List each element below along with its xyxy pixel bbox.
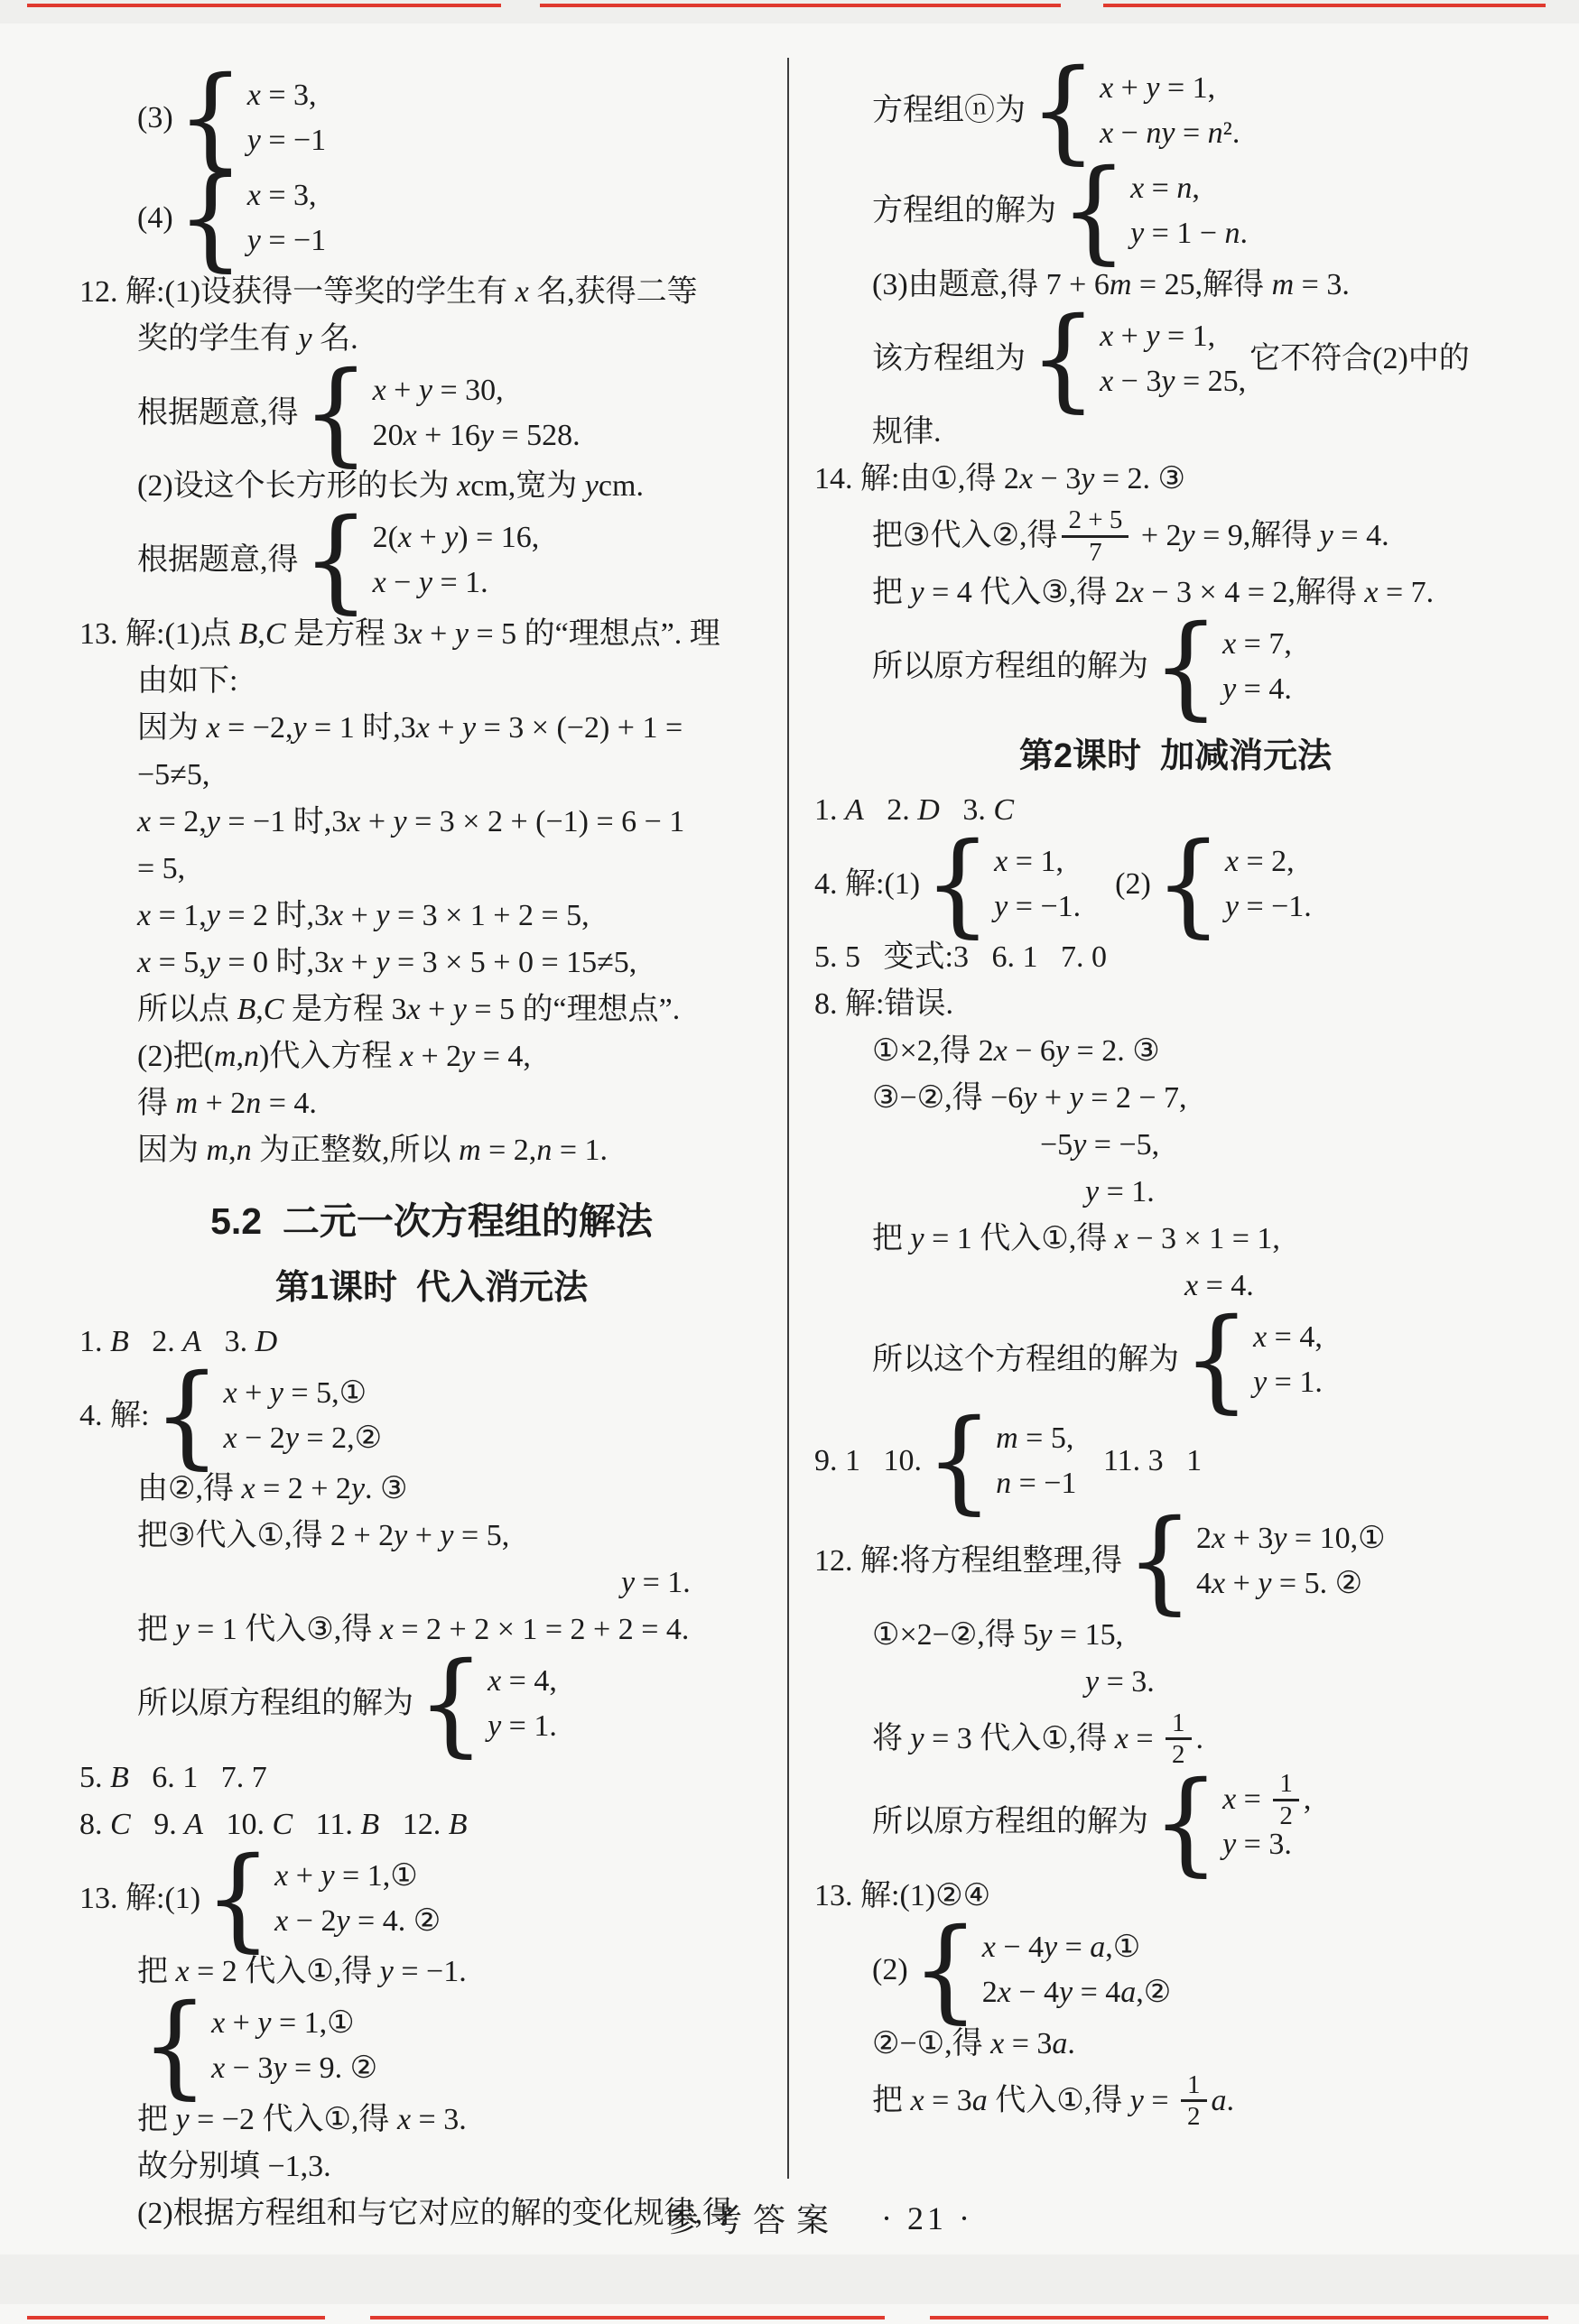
math-var: y <box>1253 1362 1267 1403</box>
equation-system: {x = 1,y = −1. <box>924 838 1081 930</box>
equation-row: y = 1. <box>488 1704 557 1749</box>
math-var: C <box>993 790 1014 831</box>
math-var: n <box>1176 168 1192 209</box>
page-footer: 参考答案 · 21 · <box>666 2195 973 2241</box>
equation-row: x + y = 1,① <box>274 1854 441 1899</box>
answer-line: 所以原方程组的解为{x = 4,y = 1. <box>137 1656 784 1751</box>
equation-system: {x − 4y = a,①2x − 4y = 4a,② <box>912 1924 1172 2015</box>
equation-system: {x + y = 1,①x − 3y = 9. ② <box>141 2000 377 2091</box>
math-var: x <box>137 942 151 984</box>
equation-rows: x = 3,y = −1 <box>247 73 326 163</box>
math-var: y <box>1073 1125 1086 1166</box>
answer-line: 所以这个方程组的解为{x = 4,y = 1. <box>872 1312 1537 1407</box>
math-var: y <box>380 1951 394 1993</box>
equation-system: {x = 7,y = 4. <box>1152 621 1292 712</box>
answer-line: 所以点 B,C 是方程 3x + y = 5 的“理想点”. <box>137 989 784 1031</box>
math-var: x <box>1212 1518 1225 1560</box>
math-var: y <box>376 895 389 937</box>
math-var: x <box>990 2023 1004 2065</box>
math-var: x <box>1364 572 1378 614</box>
brace-glyph: { <box>153 1367 220 1464</box>
math-var: x <box>207 708 220 749</box>
math-var: n <box>244 1036 259 1078</box>
brace-glyph: { <box>417 1656 485 1753</box>
brace-glyph: { <box>1029 310 1097 407</box>
math-var: y <box>461 1036 475 1078</box>
equation-system: {x + y = 1,①x − 2y = 4. ② <box>204 1853 441 1944</box>
fraction: 12 <box>1181 2070 1207 2132</box>
answer-line: y = 1. <box>1085 1171 1537 1213</box>
math-var: y <box>462 708 476 749</box>
math-var: x <box>373 370 386 412</box>
math-var: y <box>285 1418 299 1459</box>
equation-row: y = −1 <box>247 218 326 264</box>
math-var: B <box>237 989 256 1031</box>
equation-row: x = 4, <box>1253 1315 1323 1360</box>
math-var: C <box>272 1804 293 1846</box>
equation-rows: x = n,y = 1 − n. <box>1130 166 1248 256</box>
page-number: · 21 · <box>881 2199 973 2237</box>
equation-row: x + y = 5,① <box>224 1371 383 1416</box>
equation-row: x = 3, <box>247 73 326 118</box>
math-var: y <box>994 886 1008 928</box>
math-var: y <box>911 572 924 614</box>
equation-system: {x + y = 30,20x + 16y = 528. <box>302 367 581 458</box>
answer-line: 9. 1 10.{m = 5,n = −1 11. 3 1 <box>814 1413 1537 1508</box>
equation-row: x = n, <box>1130 166 1248 211</box>
equation-system: {2(x + y) = 16,x − y = 1. <box>302 514 540 606</box>
math-var: a <box>972 2080 988 2122</box>
math-var: y <box>1023 1078 1036 1119</box>
equation-row: 2(x + y) = 16, <box>373 515 540 560</box>
math-var: x <box>1100 316 1113 357</box>
math-var: y <box>394 801 407 843</box>
equation-system: {x + y = 5,①x − 2y = 2,② <box>153 1370 382 1461</box>
equation-row: x = 1, <box>994 839 1081 884</box>
answer-line: 14. 解:由①,得 2x − 3y = 2. ③ <box>814 458 1537 500</box>
brace-glyph: { <box>1155 836 1222 932</box>
equation-row: y = −1 <box>247 118 326 163</box>
math-var: y <box>1070 1078 1083 1119</box>
fraction-numerator: 2 + 5 <box>1062 505 1129 537</box>
brace-glyph: { <box>177 171 245 267</box>
math-var: B <box>360 1804 379 1846</box>
answer-line: 因为 m,n 为正整数,所以 m = 2,n = 1. <box>137 1130 784 1171</box>
math-var: m <box>214 1036 237 1078</box>
answer-line: 13. 解:(1)点 B,C 是方程 3x + y = 5 的“理想点”. 理 <box>79 614 784 655</box>
answer-line: 故分别填 −1,3. <box>137 2146 784 2188</box>
equation-row: x = 7, <box>1222 622 1292 667</box>
equation-row: y = −1. <box>994 884 1081 930</box>
equation-row: x − 3y = 25, <box>1100 359 1246 404</box>
math-var: x <box>224 1373 237 1414</box>
answer-line: x = 1,y = 2 时,3x + y = 3 × 1 + 2 = 5, <box>137 895 784 937</box>
math-var: m <box>996 1418 1018 1459</box>
math-var: B <box>110 1757 129 1799</box>
math-var: x <box>330 942 343 984</box>
equation-system: {x + y = 1,x − 3y = 25, <box>1029 313 1246 404</box>
math-var: x <box>416 708 430 749</box>
math-var: x <box>397 2099 411 2141</box>
math-var: x <box>404 415 417 457</box>
math-var: x <box>241 1468 255 1510</box>
math-var: x <box>1222 1779 1236 1820</box>
equation-system: {2x + 3y = 10,①4x + y = 5. ② <box>1126 1515 1386 1606</box>
fraction: 12 <box>1273 1769 1299 1830</box>
math-var: n <box>1225 213 1240 255</box>
math-var: x <box>1225 841 1239 883</box>
math-var: y <box>1085 1171 1099 1213</box>
math-var: y <box>1146 68 1159 109</box>
math-var: a <box>1052 2023 1067 2065</box>
equation-row: x − 2y = 2,② <box>224 1416 383 1461</box>
math-var: D <box>255 1321 278 1363</box>
math-var: x <box>211 2048 225 2089</box>
math-var: m <box>176 1083 199 1125</box>
math-var: x <box>994 841 1008 883</box>
math-var: y <box>394 1515 407 1557</box>
math-var: y <box>257 2003 271 2044</box>
equation-row: x + y = 30, <box>373 368 581 413</box>
math-var: y <box>1222 669 1236 710</box>
math-var: y <box>911 1218 924 1260</box>
answer-line: = 5, <box>137 848 784 890</box>
answer-line: 4. 解:(1){x = 1,y = −1. (2){x = 2,y = −1. <box>814 837 1537 931</box>
section-heading: 第1课时 代入消元法 <box>79 1259 784 1309</box>
answer-line: 所以原方程组的解为{x = 12,y = 3. <box>872 1775 1537 1870</box>
equation-row: x = 12, <box>1222 1777 1311 1822</box>
answer-line: (3)由题意,得 7 + 6m = 25,解得 m = 3. <box>872 264 1537 306</box>
answer-line: 由②,得 x = 2 + 2y. ③ <box>137 1468 784 1510</box>
answer-line: 8. 解:错误. <box>814 984 1537 1025</box>
answer-line: 根据题意,得{x + y = 30,20x + 16y = 528. <box>137 366 784 460</box>
math-var: n <box>536 1130 552 1171</box>
math-var: m <box>459 1130 481 1171</box>
brace-glyph: { <box>204 1850 272 1947</box>
math-var: y <box>1085 1662 1099 1703</box>
red-trim-segment <box>370 2316 885 2319</box>
equation-rows: m = 5,n = −1 <box>996 1415 1076 1505</box>
math-var: y <box>320 1856 334 1897</box>
equation-row: 2x − 4y = 4a,② <box>982 1970 1172 2015</box>
math-var: y <box>911 1718 924 1760</box>
red-trim-segment <box>540 4 1061 7</box>
answer-line: 奖的学生有 y 名. <box>137 319 784 360</box>
answer-line: 根据题意,得{2(x + y) = 16,x − y = 1. <box>137 513 784 607</box>
answer-line: 方程组的解为{x = n,y = 1 − n. <box>872 163 1537 258</box>
equation-row: x − y = 1. <box>373 560 540 606</box>
math-var: B <box>110 1321 129 1363</box>
equation-row: 4x + y = 5. ② <box>1196 1561 1386 1606</box>
math-var: C <box>264 989 284 1031</box>
red-trim-segment <box>27 4 501 7</box>
scan-edge-band-bottom <box>0 2255 1579 2304</box>
equation-row: x + y = 1,① <box>211 2001 377 2046</box>
fraction-denominator: 7 <box>1082 538 1109 567</box>
math-var: y <box>585 466 599 507</box>
math-var: y <box>207 942 220 984</box>
equation-rows: x + y = 5,①x − 2y = 2,② <box>224 1371 383 1461</box>
brace-glyph: { <box>912 1922 980 2019</box>
answer-line: 4. 解:{x + y = 5,①x − 2y = 2,② <box>79 1368 784 1463</box>
answer-line: x = 2,y = −1 时,3x + y = 3 × 2 + (−1) = 6… <box>137 801 784 843</box>
math-var: y <box>270 1373 283 1414</box>
math-var: x <box>409 614 423 655</box>
answer-line: 得 m + 2n = 4. <box>137 1083 784 1125</box>
math-var: y <box>488 1706 501 1747</box>
answer-line: 所以原方程组的解为{x = 7,y = 4. <box>872 619 1537 714</box>
math-var: y <box>1258 1563 1271 1605</box>
math-var: y <box>1130 2080 1144 2122</box>
math-var: x <box>1253 1317 1267 1358</box>
equation-rows: x + y = 1,①x − 3y = 9. ② <box>211 2001 377 2091</box>
answer-line: 由如下: <box>137 661 784 702</box>
math-var: x <box>1130 168 1144 209</box>
math-var: y <box>1038 1615 1052 1656</box>
equation-rows: x = 7,y = 4. <box>1222 622 1292 712</box>
equation-rows: x = 3,y = −1 <box>247 173 326 264</box>
math-var: y <box>1222 1824 1236 1866</box>
equation-system: {x = n,y = 1 − n. <box>1060 165 1248 256</box>
math-var: y <box>1273 1518 1286 1560</box>
math-var: m <box>1272 264 1295 306</box>
math-var: y <box>1146 316 1159 357</box>
answer-line: (2)设这个长方形的长为 x cm,宽为 y cm. <box>137 466 784 507</box>
answer-line: 该方程组为{x + y = 1,x − 3y = 25,它不符合(2)中的 <box>872 311 1537 406</box>
equation-rows: x = 12,y = 3. <box>1222 1777 1311 1867</box>
equation-rows: x = 4,y = 1. <box>488 1659 557 1749</box>
math-var: y <box>455 614 469 655</box>
math-var: y <box>440 1515 453 1557</box>
math-var: y <box>293 708 306 749</box>
answer-line: y = 1. <box>621 1562 784 1604</box>
equation-rows: x = 2,y = −1. <box>1225 839 1312 930</box>
answer-line: 13. 解:(1){x + y = 1,①x − 2y = 4. ② <box>79 1851 784 1946</box>
math-var: y <box>351 1468 365 1510</box>
math-var: y <box>336 1901 349 1942</box>
brace-glyph: { <box>1126 1514 1194 1610</box>
red-trim-segment <box>930 2316 1548 2319</box>
section-heading: 第2课时 加减消元法 <box>814 727 1537 777</box>
math-var: x <box>1212 1563 1225 1605</box>
math-var: n <box>1208 113 1223 154</box>
answer-line: (4){x = 3,y = −1 <box>137 171 784 265</box>
red-trim-segment <box>1103 4 1546 7</box>
answer-line: 把 y = −2 代入①,得 x = 3. <box>137 2099 784 2141</box>
math-var: x <box>994 1031 1008 1072</box>
math-var: x <box>1115 1718 1129 1760</box>
math-var: x <box>400 1036 413 1078</box>
equation-rows: x + y = 1,①x − 2y = 4. ② <box>274 1854 441 1944</box>
answer-line: ①×2,得 2x − 6y = 2. ③ <box>872 1031 1537 1072</box>
math-var: a <box>1212 2080 1227 2122</box>
brace-glyph: { <box>302 365 370 461</box>
fraction-denominator: 2 <box>1181 2102 1207 2131</box>
equation-row: x = 3, <box>247 173 326 218</box>
math-var: x <box>347 801 360 843</box>
brace-glyph: { <box>924 836 991 932</box>
math-var: y <box>1130 213 1144 255</box>
equation-row: y = 4. <box>1222 667 1292 712</box>
math-var: a <box>1090 1927 1105 1968</box>
math-var: x <box>1100 361 1113 403</box>
answer-line: 把 y = 1 代入①,得 x − 3 × 1 = 1, <box>872 1218 1537 1260</box>
math-var: x <box>911 2080 924 2122</box>
answer-line: (2)把(m,n)代入方程 x + 2y = 4, <box>137 1036 784 1078</box>
equation-system: {x = 4,y = 1. <box>417 1658 557 1749</box>
math-var: x <box>982 1927 996 1968</box>
brace-glyph: { <box>302 513 370 609</box>
section-heading: 5.2 二元一次方程组的解法 <box>79 1191 784 1245</box>
fraction-numerator: 1 <box>1166 1708 1192 1740</box>
math-var: ny <box>1146 113 1175 154</box>
equation-row: y = −1. <box>1225 884 1312 930</box>
equation-rows: 2x + 3y = 10,①4x + y = 5. ② <box>1196 1516 1386 1606</box>
math-var: x <box>1115 1218 1129 1260</box>
equation-row: 20x + 16y = 528. <box>373 413 581 458</box>
equation-system: {x = 12,y = 3. <box>1152 1777 1311 1868</box>
math-var: x <box>457 466 470 507</box>
math-var: y <box>419 370 432 412</box>
math-var: y <box>1182 515 1195 557</box>
math-var: x <box>406 989 420 1031</box>
math-var: y <box>376 942 389 984</box>
column-divider <box>787 58 789 2179</box>
brace-glyph: { <box>1152 619 1220 716</box>
math-var: x <box>1019 458 1033 500</box>
left-column: (3){x = 3,y = −1(4){x = 3,y = −112. 解:(1… <box>79 70 784 2240</box>
math-var: x <box>330 895 343 937</box>
brace-glyph: { <box>925 1412 993 1509</box>
math-var: y <box>419 562 432 604</box>
answer-line: {x + y = 1,①x − 3y = 9. ② <box>137 1998 784 2093</box>
answer-line: 方程组ⓝ为{x + y = 1,x − ny = n². <box>872 63 1537 158</box>
equation-row: m = 5, <box>996 1415 1076 1460</box>
equation-rows: x + y = 1,x − ny = n². <box>1100 66 1240 156</box>
math-var: x <box>274 1856 288 1897</box>
math-var: y <box>1059 1972 1073 2014</box>
equation-system: {x = 3,y = −1 <box>177 72 327 163</box>
equation-rows: 2(x + y) = 16,x − y = 1. <box>373 515 540 606</box>
math-var: x <box>274 1901 288 1942</box>
math-var: x <box>488 1661 501 1702</box>
fraction-numerator: 1 <box>1181 2070 1207 2102</box>
equation-row: y = 1 − n. <box>1130 211 1248 256</box>
equation-system: {m = 5,n = −1 <box>925 1415 1076 1506</box>
math-var: y <box>207 895 220 937</box>
fraction: 2 + 57 <box>1062 505 1129 567</box>
answer-line: 把③代入①,得 2 + 2y + y = 5, <box>137 1515 784 1557</box>
math-var: y <box>247 120 261 162</box>
math-var: n <box>246 1083 261 1125</box>
equation-row: x − 4y = a,① <box>982 1925 1172 1970</box>
answer-line: 12. 解:将方程组整理,得{2x + 3y = 10,①4x + y = 5.… <box>814 1514 1537 1608</box>
math-var: y <box>1320 515 1333 557</box>
right-column: 方程组ⓝ为{x + y = 1,x − ny = n².方程组的解为{x = n… <box>814 63 1537 2137</box>
equation-row: 2x + 3y = 10,① <box>1196 1516 1386 1561</box>
math-var: n <box>237 1130 252 1171</box>
math-var: y <box>1055 1031 1069 1072</box>
answer-line: 规律. <box>872 412 1537 453</box>
math-var: C <box>110 1804 131 1846</box>
equation-row: x = 2, <box>1225 839 1312 884</box>
math-var: x <box>211 2003 225 2044</box>
math-var: B <box>449 1804 468 1846</box>
math-var: x <box>247 175 261 217</box>
equation-row: x − 2y = 4. ② <box>274 1899 441 1944</box>
equation-system: {x = 4,y = 1. <box>1183 1314 1323 1405</box>
brace-glyph: { <box>1183 1312 1250 1409</box>
brace-glyph: { <box>1060 163 1128 260</box>
footer-title: 参考答案 <box>666 2195 840 2241</box>
answer-line: ①×2−②,得 5y = 15, <box>872 1615 1537 1656</box>
math-var: y <box>621 1562 635 1604</box>
math-var: y <box>1225 886 1239 928</box>
equation-row: n = −1 <box>996 1460 1076 1505</box>
math-var: y <box>207 801 220 843</box>
equation-rows: x + y = 30,20x + 16y = 528. <box>373 368 581 458</box>
answer-line: x = 5,y = 0 时,3x + y = 3 × 5 + 0 = 15≠5, <box>137 942 784 984</box>
answer-line: 因为 x = −2,y = 1 时,3x + y = 3 × (−2) + 1 … <box>137 708 784 749</box>
math-var: x <box>137 801 151 843</box>
math-var: x <box>398 517 412 559</box>
math-var: y <box>480 415 494 457</box>
answer-line: (2){x − 4y = a,①2x − 4y = 4a,② <box>872 1922 1537 2017</box>
math-var: y <box>1081 458 1094 500</box>
equation-row: x + y = 1, <box>1100 66 1240 111</box>
red-trim-segment <box>27 2316 325 2319</box>
math-var: B <box>239 614 258 655</box>
answer-line: 把 x = 3a 代入①,得 y = 12a. <box>872 2070 1537 2132</box>
math-var: m <box>207 1130 229 1171</box>
math-var: x <box>380 1609 394 1651</box>
answer-line: 把③代入②,得2 + 57 + 2y = 9,解得 y = 4. <box>872 505 1537 567</box>
equation-row: x = 4, <box>488 1659 557 1704</box>
equation-row: x − 3y = 9. ② <box>211 2046 377 2091</box>
math-var: C <box>265 614 286 655</box>
math-var: x <box>998 1972 1011 2014</box>
equation-system: {x = 2,y = −1. <box>1155 838 1312 930</box>
math-var: y <box>444 517 458 559</box>
math-var: y <box>1161 361 1175 403</box>
equation-rows: x − 4y = a,①2x − 4y = 4a,② <box>982 1925 1172 2015</box>
math-var: y <box>247 220 261 262</box>
equation-system: {x = 3,y = −1 <box>177 172 327 264</box>
brace-glyph: { <box>1152 1774 1220 1871</box>
math-var: y <box>273 2048 286 2089</box>
math-var: x <box>1100 68 1113 109</box>
equation-row: y = 1. <box>1253 1360 1323 1405</box>
fraction-numerator: 1 <box>1273 1769 1299 1801</box>
math-var: n <box>996 1463 1011 1505</box>
math-var: A <box>184 1804 203 1846</box>
equation-rows: x = 4,y = 1. <box>1253 1315 1323 1405</box>
equation-row: x + y = 1, <box>1100 314 1246 359</box>
equation-rows: x = 1,y = −1. <box>994 839 1081 930</box>
math-var: y <box>1044 1927 1057 1968</box>
answer-line: ③−②,得 −6y + y = 2 − 7, <box>872 1078 1537 1119</box>
math-var: a <box>1120 1972 1136 2014</box>
answer-line: 8. C 9. A 10. C 11. B 12. B <box>79 1804 784 1846</box>
math-var: x <box>137 895 151 937</box>
math-var: x <box>1130 572 1144 614</box>
equation-row: y = 3. <box>1222 1822 1311 1867</box>
math-var: y <box>453 989 467 1031</box>
math-var: x <box>515 272 529 313</box>
answer-line: −5y = −5, <box>1040 1125 1537 1166</box>
math-var: x <box>224 1418 237 1459</box>
math-var: x <box>373 562 386 604</box>
